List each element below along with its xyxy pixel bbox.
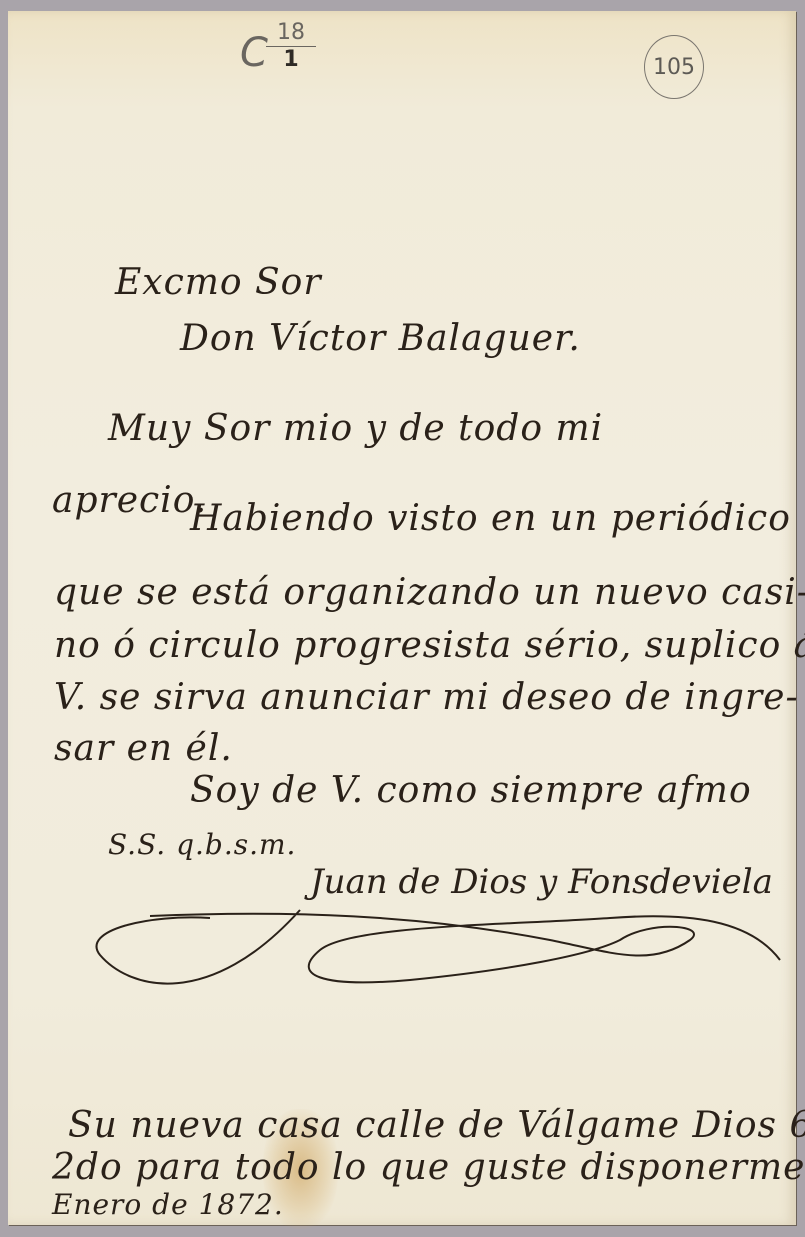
body-line-4: que se está organizando un nuevo casi-: [54, 572, 805, 613]
postscript-line-1: Su nueva casa calle de Válgame Dios 6.: [68, 1105, 805, 1146]
folio-number-circle: 105: [644, 35, 704, 99]
shelfmark-fraction: 18 1: [266, 20, 316, 73]
folio-number: 105: [653, 55, 695, 80]
body-line-6: V. se sirva anunciar mi deseo de ingre-: [54, 677, 799, 718]
salutation-line-1: Excmo Sor: [115, 262, 322, 303]
closing-line: Soy de V. como siempre afmo: [190, 770, 752, 811]
body-line-7: sar en él.: [54, 728, 233, 769]
postscript-line-3: Enero de 1872.: [52, 1188, 284, 1221]
closing-abbreviation: S.S. q.b.s.m.: [108, 828, 296, 861]
postscript-line-2: 2do para todo lo que guste disponerme, á…: [52, 1147, 805, 1188]
shelfmark-denominator: 1: [266, 47, 316, 73]
body-line-5: no ó circulo progresista sério, suplico …: [54, 625, 805, 666]
shelfmark-letter: C: [240, 30, 268, 76]
signature-flourish: [90, 880, 790, 1010]
shelfmark-numerator: 18: [266, 20, 316, 47]
body-line-2: aprecio.: [52, 480, 207, 521]
letter-page: [8, 11, 796, 1225]
salutation-line-2: Don Víctor Balaguer.: [180, 318, 581, 359]
body-line-1: Muy Sor mio y de todo mi: [108, 408, 603, 449]
body-line-3: Habiendo visto en un periódico: [190, 498, 791, 539]
